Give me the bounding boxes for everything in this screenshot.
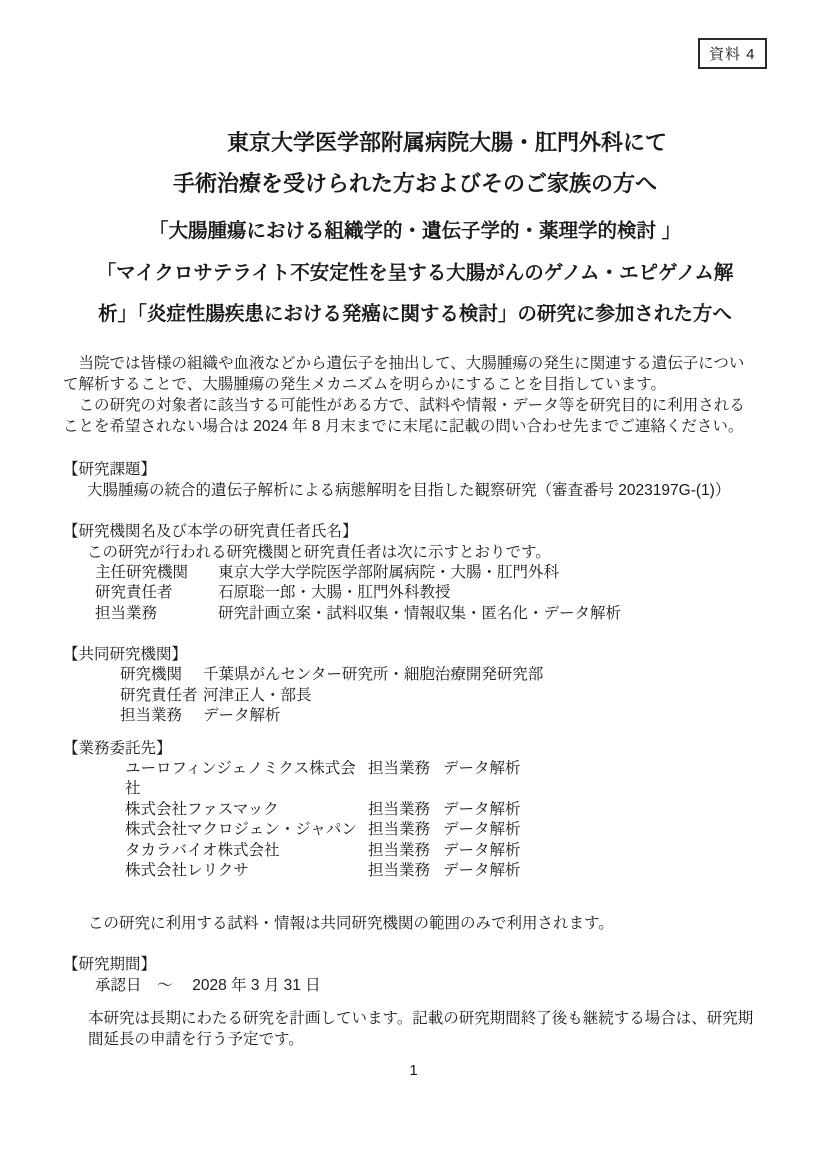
- section-heading: 【研究機関名及び本学の研究責任者氏名】: [63, 521, 767, 542]
- period-note-line: 間延長の申請を行う予定です。: [88, 1029, 767, 1050]
- table-row: タカラバイオ株式会社 担当業務 データ解析: [125, 841, 767, 862]
- section-joint-institution: 【共同研究機関】 研究機関 千葉県がんセンター研究所・細胞治療開発研究部 研究責…: [63, 644, 767, 727]
- intro-line: て解析することで、大腸腫瘍の発生メカニズムを明らかにすることを目指しています。: [63, 374, 767, 395]
- row-label: 研究機関: [120, 665, 203, 686]
- row-value: 河津正人・部長: [203, 686, 312, 707]
- institution-rows: 主任研究機関 東京大学大学院医学部附属病院・大腸・肛門外科 研究責任者 石原聡一…: [95, 563, 767, 625]
- contractor-company: 株式会社マクロジェン・ジャパン: [125, 820, 368, 841]
- contractor-role-label: 担当業務: [368, 820, 431, 841]
- contractor-role-label: 担当業務: [368, 759, 431, 800]
- contractor-role-label: 担当業務: [368, 841, 431, 862]
- institution-description: この研究が行われる研究機関と研究責任者は次に示すとおりです。: [87, 542, 767, 563]
- section-heading: 【共同研究機関】: [63, 644, 767, 665]
- page-number: 1: [0, 1062, 827, 1079]
- section-heading: 【研究期間】: [63, 954, 767, 975]
- contractor-role-label: 担当業務: [368, 800, 431, 821]
- section-research-task: 【研究課題】 大腸腫瘍の統合的遺伝子解析による病態解明を目指した観察研究（審査番…: [63, 459, 767, 501]
- row-value: 千葉県がんセンター研究所・細胞治療開発研究部: [203, 665, 543, 686]
- row-label: 担当業務: [120, 706, 203, 727]
- row-label: 主任研究機関: [95, 563, 218, 584]
- research-task-title: 大腸腫瘍の統合的遺伝子解析による病態解明を目指した観察研究（審査番号 20231…: [87, 480, 767, 501]
- section-research-period: 【研究期間】 承認日 ～ 2028 年 3 月 31 日: [63, 954, 767, 996]
- contractor-rows: ユーロフィンジェノミクス株式会社 担当業務 データ解析 株式会社ファスマック 担…: [125, 759, 767, 883]
- intro-line: ことを希望されない場合は 2024 年 8 月末までに末尾に記載の問い合わせ先ま…: [63, 416, 767, 437]
- document-number-badge: 資料 4: [698, 38, 767, 69]
- row-value: 研究計画立案・試料収集・情報収集・匿名化・データ解析: [218, 604, 621, 625]
- table-row: 担当業務 研究計画立案・試料収集・情報収集・匿名化・データ解析: [95, 604, 767, 625]
- table-row: 研究機関 千葉県がんセンター研究所・細胞治療開発研究部: [120, 665, 767, 686]
- section-heading: 【業務委託先】: [63, 738, 767, 759]
- title-line-2: 手術治療を受けられた方およびそのご家族の方へ: [63, 163, 767, 204]
- title-line-1: 東京大学医学部附属病院大腸・肛門外科にて: [127, 122, 767, 163]
- row-value: 東京大学大学院医学部附属病院・大腸・肛門外科: [218, 563, 559, 584]
- joint-institution-rows: 研究機関 千葉県がんセンター研究所・細胞治療開発研究部 研究責任者 河津正人・部…: [120, 665, 767, 727]
- subtitle-line-2: 「マイクロサテライト不安定性を呈する大腸がんのゲノム・エピゲノム解: [63, 253, 767, 295]
- section-heading: 【研究課題】: [63, 459, 767, 480]
- section-institution: 【研究機関名及び本学の研究責任者氏名】 この研究が行われる研究機関と研究責任者は…: [63, 521, 767, 625]
- table-row: 研究責任者 石原聡一郎・大腸・肛門外科教授: [95, 583, 767, 604]
- table-row: 株式会社レリクサ 担当業務 データ解析: [125, 861, 767, 882]
- table-row: 担当業務 データ解析: [120, 706, 767, 727]
- contractor-role-label: 担当業務: [368, 861, 431, 882]
- document-number-label: 資料 4: [709, 43, 756, 64]
- contractor-role: データ解析: [443, 759, 521, 800]
- row-value: 石原聡一郎・大腸・肛門外科教授: [218, 583, 451, 604]
- contractor-company: タカラバイオ株式会社: [125, 841, 368, 862]
- row-label: 担当業務: [95, 604, 218, 625]
- intro-line: この研究の対象者に該当する可能性がある方で、試料や情報・データ等を研究目的に利用…: [63, 395, 767, 416]
- contractor-role: データ解析: [443, 861, 521, 882]
- usage-note: この研究に利用する試料・情報は共同研究機関の範囲のみで利用されます。: [88, 913, 767, 934]
- subtitle-line-3: 析」「炎症性腸疾患における発癌に関する検討」の研究に参加された方へ: [63, 294, 767, 336]
- contractor-company: 株式会社ファスマック: [125, 800, 368, 821]
- document-content: 東京大学医学部附属病院大腸・肛門外科にて 手術治療を受けられた方およびそのご家族…: [0, 122, 827, 1050]
- section-contractors: 【業務委託先】 ユーロフィンジェノミクス株式会社 担当業務 データ解析 株式会社…: [63, 738, 767, 883]
- contractor-company: 株式会社レリクサ: [125, 861, 368, 882]
- research-period-value: 承認日 ～ 2028 年 3 月 31 日: [95, 975, 767, 996]
- table-row: ユーロフィンジェノミクス株式会社 担当業務 データ解析: [125, 759, 767, 800]
- table-row: 株式会社ファスマック 担当業務 データ解析: [125, 800, 767, 821]
- document-page: 資料 4 東京大学医学部附属病院大腸・肛門外科にて 手術治療を受けられた方および…: [0, 0, 827, 1169]
- period-note: 本研究は長期にわたる研究を計画しています。記載の研究期間終了後も継続する場合は、…: [88, 1008, 767, 1050]
- document-subtitle: 「大腸腫瘍における組織学的・遺伝子学的・薬理学的検討 」 「マイクロサテライト不…: [63, 211, 767, 336]
- row-label: 研究責任者: [120, 686, 203, 707]
- table-row: 研究責任者 河津正人・部長: [120, 686, 767, 707]
- contractor-company: ユーロフィンジェノミクス株式会社: [125, 759, 368, 800]
- row-label: 研究責任者: [95, 583, 218, 604]
- intro-paragraphs: 当院では皆様の組織や血液などから遺伝子を抽出して、大腸腫瘍の発生に関連する遺伝子…: [63, 353, 767, 437]
- contractor-role: データ解析: [443, 800, 521, 821]
- table-row: 株式会社マクロジェン・ジャパン 担当業務 データ解析: [125, 820, 767, 841]
- intro-line: 当院では皆様の組織や血液などから遺伝子を抽出して、大腸腫瘍の発生に関連する遺伝子…: [63, 353, 767, 374]
- row-value: データ解析: [203, 706, 281, 727]
- contractor-role: データ解析: [443, 820, 521, 841]
- period-note-line: 本研究は長期にわたる研究を計画しています。記載の研究期間終了後も継続する場合は、…: [88, 1008, 767, 1029]
- subtitle-line-1: 「大腸腫瘍における組織学的・遺伝子学的・薬理学的検討 」: [63, 211, 767, 253]
- document-title: 東京大学医学部附属病院大腸・肛門外科にて 手術治療を受けられた方およびそのご家族…: [63, 122, 767, 204]
- table-row: 主任研究機関 東京大学大学院医学部附属病院・大腸・肛門外科: [95, 563, 767, 584]
- contractor-role: データ解析: [443, 841, 521, 862]
